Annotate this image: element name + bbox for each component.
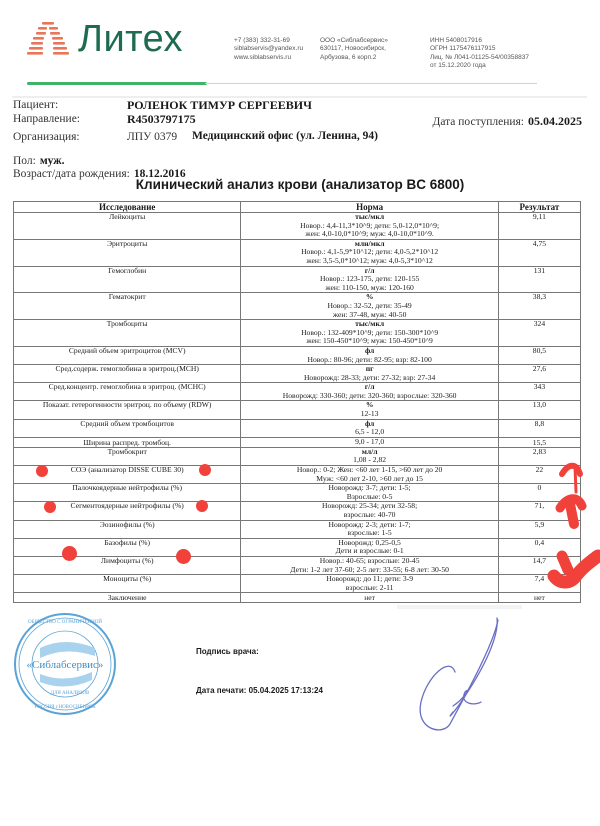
reference-range: Новорожд: 3-7; дети: 1-5;Взрослые: 0-5: [241, 484, 498, 502]
received-date: 05.04.2025: [528, 114, 582, 128]
result-value: 8,8: [498, 419, 580, 437]
test-name: Гемоглобин: [14, 266, 241, 293]
marker-dot-icon: [36, 465, 48, 477]
norm-line: взрослые: 40-70: [241, 511, 497, 520]
doctor-signature-icon: [395, 606, 535, 736]
result-value: 13,0: [498, 401, 580, 419]
received-label: Дата поступления:: [432, 116, 524, 128]
result-value: 27,6: [498, 365, 580, 383]
company-street: Арбузова, 6 корп.2: [320, 54, 388, 62]
reference-range: пгНоворожд: 28-33; дети: 27-32; взр: 27-…: [241, 365, 498, 383]
email-link[interactable]: siblabservis@yandex.ru: [234, 45, 303, 53]
test-name: Моноциты (%): [14, 575, 241, 593]
marker-dot-icon: [176, 549, 191, 564]
header-norm: Норма: [241, 202, 498, 213]
test-name: Средний объем эритроцитов (MCV): [14, 346, 241, 364]
table-row: Средний объем эритроцитов (MCV)флНовор.:…: [14, 346, 581, 364]
test-name: Базофилы (%): [14, 538, 241, 556]
website-link[interactable]: www.siblabservis.ru: [234, 54, 303, 62]
reference-range: г/лНовор.: 123-175, дети: 120-155жен: 11…: [241, 266, 498, 293]
reference-range: %Новор.: 32-52, дети: 35-49жен: 37-48, м…: [241, 293, 498, 320]
svg-text:РОССИЯ г.НОВОСИБИРСК: РОССИЯ г.НОВОСИБИРСК: [34, 705, 96, 710]
norm-line: жен: 150-450*10^9; муж: 150-450*10^9: [241, 337, 497, 346]
test-name: Средний объем тромбоцитов: [14, 419, 241, 437]
norm-line: нет: [241, 593, 497, 602]
result-value: 15,5: [498, 437, 580, 447]
norm-line: 9,0 - 17,0: [241, 438, 497, 447]
result-value: 9,11: [498, 213, 580, 240]
results-table: Исследование Норма Результат Лейкоцитыты…: [13, 201, 581, 603]
test-name: Палочкоядерные нейтрофилы (%): [14, 484, 241, 502]
reference-range: мл/л1,08 - 2,82: [241, 447, 498, 465]
result-value: 324: [498, 320, 580, 347]
table-row: Ширина распред. тромбоц.9,0 - 17,015,5: [14, 437, 581, 447]
result-value: 80,5: [498, 346, 580, 364]
header-result: Результат: [498, 202, 580, 213]
marker-dot-icon: [62, 546, 77, 561]
test-name: Заключение: [14, 593, 241, 603]
table-row: Базофилы (%)Новорожд: 0,25-0,5Дети и взр…: [14, 538, 581, 556]
table-row: Сред.содерж. гемоглобина в эритроц.(MCH)…: [14, 365, 581, 383]
test-name: Тромбоциты: [14, 320, 241, 347]
test-name: Эозинофилы (%): [14, 520, 241, 538]
contacts-block: +7 (383) 332-31-69 siblabservis@yandex.r…: [234, 37, 303, 62]
norm-line: 6,5 - 12,0: [241, 428, 497, 437]
table-row: Заключениенетнет: [14, 593, 581, 603]
logo-icon: [27, 22, 69, 56]
reference-range: Новорожд: до 11; дети: 3-9взрослые: 2-11: [241, 575, 498, 593]
table-row: Тромбокритмл/л1,08 - 2,822,83: [14, 447, 581, 465]
patient-label: Пациент:: [13, 99, 58, 111]
signature-label: Подпись врача:: [196, 647, 259, 656]
norm-line: жен: 37-48, муж: 40-50: [241, 311, 497, 320]
reference-range: Новор.: 0-2; Жен: <60 лет 1-15, >60 лет …: [241, 466, 498, 484]
table-row: Показат. гетерогенности эритроц. по объе…: [14, 401, 581, 419]
reference-range: %12-13: [241, 401, 498, 419]
norm-line: взрослые: 1-5: [241, 529, 497, 538]
reference-range: г/лНоворожд: 330-360; дети: 320-360; взр…: [241, 383, 498, 401]
table-row: Гемоглобинг/лНовор.: 123-175, дети: 120-…: [14, 266, 581, 293]
received-date-block: Дата поступления: 05.04.2025: [432, 112, 582, 130]
norm-line: Дети: 1-2 лет 37-60; 2-5 лет: 33-55; 6-8…: [241, 566, 497, 575]
result-value: 4,75: [498, 239, 580, 266]
norm-line: жен: 4,0-10,0*10^9; муж: 4,0-10,0*10^9.: [241, 230, 497, 239]
norm-line: Новорожд: 28-33; дети: 27-32; взр: 27-34: [241, 374, 497, 383]
test-name: Сред.содерж. гемоглобина в эритроц.(MCH): [14, 365, 241, 383]
organization-label: Организация:: [13, 131, 80, 143]
reference-range: Новорожд: 25-34; дети 32-58;взрослые: 40…: [241, 502, 498, 520]
norm-line: жен: 110-150, муж: 120-160: [241, 284, 497, 293]
reference-range: флНовор.: 80-96; дети: 82-95; взр: 82-10…: [241, 346, 498, 364]
marker-dot-icon: [196, 500, 208, 512]
norm-line: Новорожд: 330-360; дети: 320-360; взросл…: [241, 392, 497, 401]
marker-dot-icon: [199, 464, 211, 476]
header-test: Исследование: [14, 202, 241, 213]
reference-range: Новор.: 40-65; взрослые: 20-45Дети: 1-2 …: [241, 556, 498, 574]
test-name: Гематокрит: [14, 293, 241, 320]
result-value: 343: [498, 383, 580, 401]
company-stamp-icon: «Сиблабсервис» ОБЩЕСТВО С ОГРАНИЧЕННОЙ Д…: [10, 608, 120, 720]
reference-range: тыс/мклНовор.: 4,4-11,3*10^9; дети: 5,0-…: [241, 213, 498, 240]
norm-line: Муж: <60 лет 2-10, >60 лет до 15: [241, 475, 497, 484]
reference-range: Новорожд: 0,25-0,5Дети и взрослые: 0-1: [241, 538, 498, 556]
norm-line: жен: 3,5-5,0*10^12; муж: 4,0-5,3*10^12: [241, 257, 497, 266]
ogrn: ОГРН 1175476117915: [430, 45, 529, 53]
patient-name: РОЛЕНОК ТИМУР СЕРГЕЕВИЧ: [127, 98, 312, 113]
result-value: нет: [498, 593, 580, 603]
svg-text:ДЛЯ АНАЛИЗОВ: ДЛЯ АНАЛИЗОВ: [51, 691, 90, 696]
svg-text:ОБЩЕСТВО С ОГРАНИЧЕННОЙ: ОБЩЕСТВО С ОГРАНИЧЕННОЙ: [28, 619, 102, 625]
table-row: Средний объем тромбоцитовфл6,5 - 12,08,8: [14, 419, 581, 437]
table-row: Сегментоядерные нейтрофилы (%)Новорожд: …: [14, 502, 581, 520]
test-name: Сред.концентр. гемоглобина в эритроц. (M…: [14, 383, 241, 401]
norm-line: взрослые: 2-11: [241, 584, 497, 593]
test-name: Ширина распред. тромбоц.: [14, 437, 241, 447]
header-divider: [205, 83, 537, 84]
organization-code: ЛПУ 0379: [127, 131, 177, 143]
referral-number: R4503797175: [127, 112, 196, 127]
norm-line: 1,08 - 2,82: [241, 456, 497, 465]
reference-range: млн/мклНовор.: 4,1-5,9*10^12; дети: 4,0-…: [241, 239, 498, 266]
stamp-center-text: «Сиблабсервис»: [27, 659, 104, 671]
reference-range: нет: [241, 593, 498, 603]
table-row: Лейкоцитытыс/мклНовор.: 4,4-11,3*10^9; д…: [14, 213, 581, 240]
print-date: Дата печати: 05.04.2025 17:13:24: [196, 686, 323, 695]
table-header-row: Исследование Норма Результат: [14, 202, 581, 213]
phone: +7 (383) 332-31-69: [234, 37, 303, 45]
table-row: Эритроцитымлн/мклНовор.: 4,1-5,9*10^12; …: [14, 239, 581, 266]
table-row: Сред.концентр. гемоглобина в эритроц. (M…: [14, 383, 581, 401]
table-row: СОЭ (анализатор DISSE CUBE 30)Новор.: 0-…: [14, 466, 581, 484]
table-row: Гематокрит%Новор.: 32-52, дети: 35-49жен…: [14, 293, 581, 320]
test-name: Лейкоциты: [14, 213, 241, 240]
table-row: Лимфоциты (%)Новор.: 40-65; взрослые: 20…: [14, 556, 581, 574]
test-name: Тромбокрит: [14, 447, 241, 465]
reference-range: Новорожд: 2-3; дети: 1-7;взрослые: 1-5: [241, 520, 498, 538]
brand-logo-text: Литех: [78, 17, 183, 61]
inn: ИНН 5408017916: [430, 37, 529, 45]
organization-name: Медицинский офис (ул. Ленина, 94): [192, 130, 378, 142]
norm-line: Взрослые: 0-5: [241, 493, 497, 502]
header-accent-line: [27, 82, 207, 85]
registry-block: ИНН 5408017916 ОГРН 1175476117915 Лиц. №…: [430, 37, 529, 70]
table-row: Моноциты (%)Новорожд: до 11; дети: 3-9вз…: [14, 575, 581, 593]
company-block: ООО «Сиблабсервис» 630117, Новосибирск, …: [320, 37, 388, 62]
reference-range: тыс/мклНовор.: 132-409*10^9; дети: 150-3…: [241, 320, 498, 347]
test-name: Показат. гетерогенности эритроц. по объе…: [14, 401, 241, 419]
table-row: Эозинофилы (%)Новорожд: 2-3; дети: 1-7;в…: [14, 520, 581, 538]
up-arrow-marks-icon: [540, 452, 600, 592]
company-city: 630117, Новосибирск,: [320, 45, 388, 53]
test-name: Эритроциты: [14, 239, 241, 266]
reference-range: 9,0 - 17,0: [241, 437, 498, 447]
norm-line: 12-13: [241, 410, 497, 419]
document-title: Клинический анализ крови (анализатор BC …: [0, 177, 600, 192]
table-row: Тромбоцитытыс/мклНовор.: 132-409*10^9; д…: [14, 320, 581, 347]
referral-label: Направление:: [13, 113, 80, 125]
norm-line: Новор.: 80-96; дети: 82-95; взр: 82-100: [241, 356, 497, 365]
test-name: Лимфоциты (%): [14, 556, 241, 574]
reference-range: фл6,5 - 12,0: [241, 419, 498, 437]
marker-dot-icon: [44, 501, 56, 513]
result-value: 131: [498, 266, 580, 293]
results-body: Лейкоцитытыс/мклНовор.: 4,4-11,3*10^9; д…: [14, 213, 581, 603]
table-row: Палочкоядерные нейтрофилы (%)Новорожд: 3…: [14, 484, 581, 502]
license-date: от 15.12.2020 года: [430, 62, 529, 70]
result-value: 38,3: [498, 293, 580, 320]
norm-line: Дети и взрослые: 0-1: [241, 547, 497, 556]
license: Лиц. № Л041-01125-54/00358837: [430, 54, 529, 62]
